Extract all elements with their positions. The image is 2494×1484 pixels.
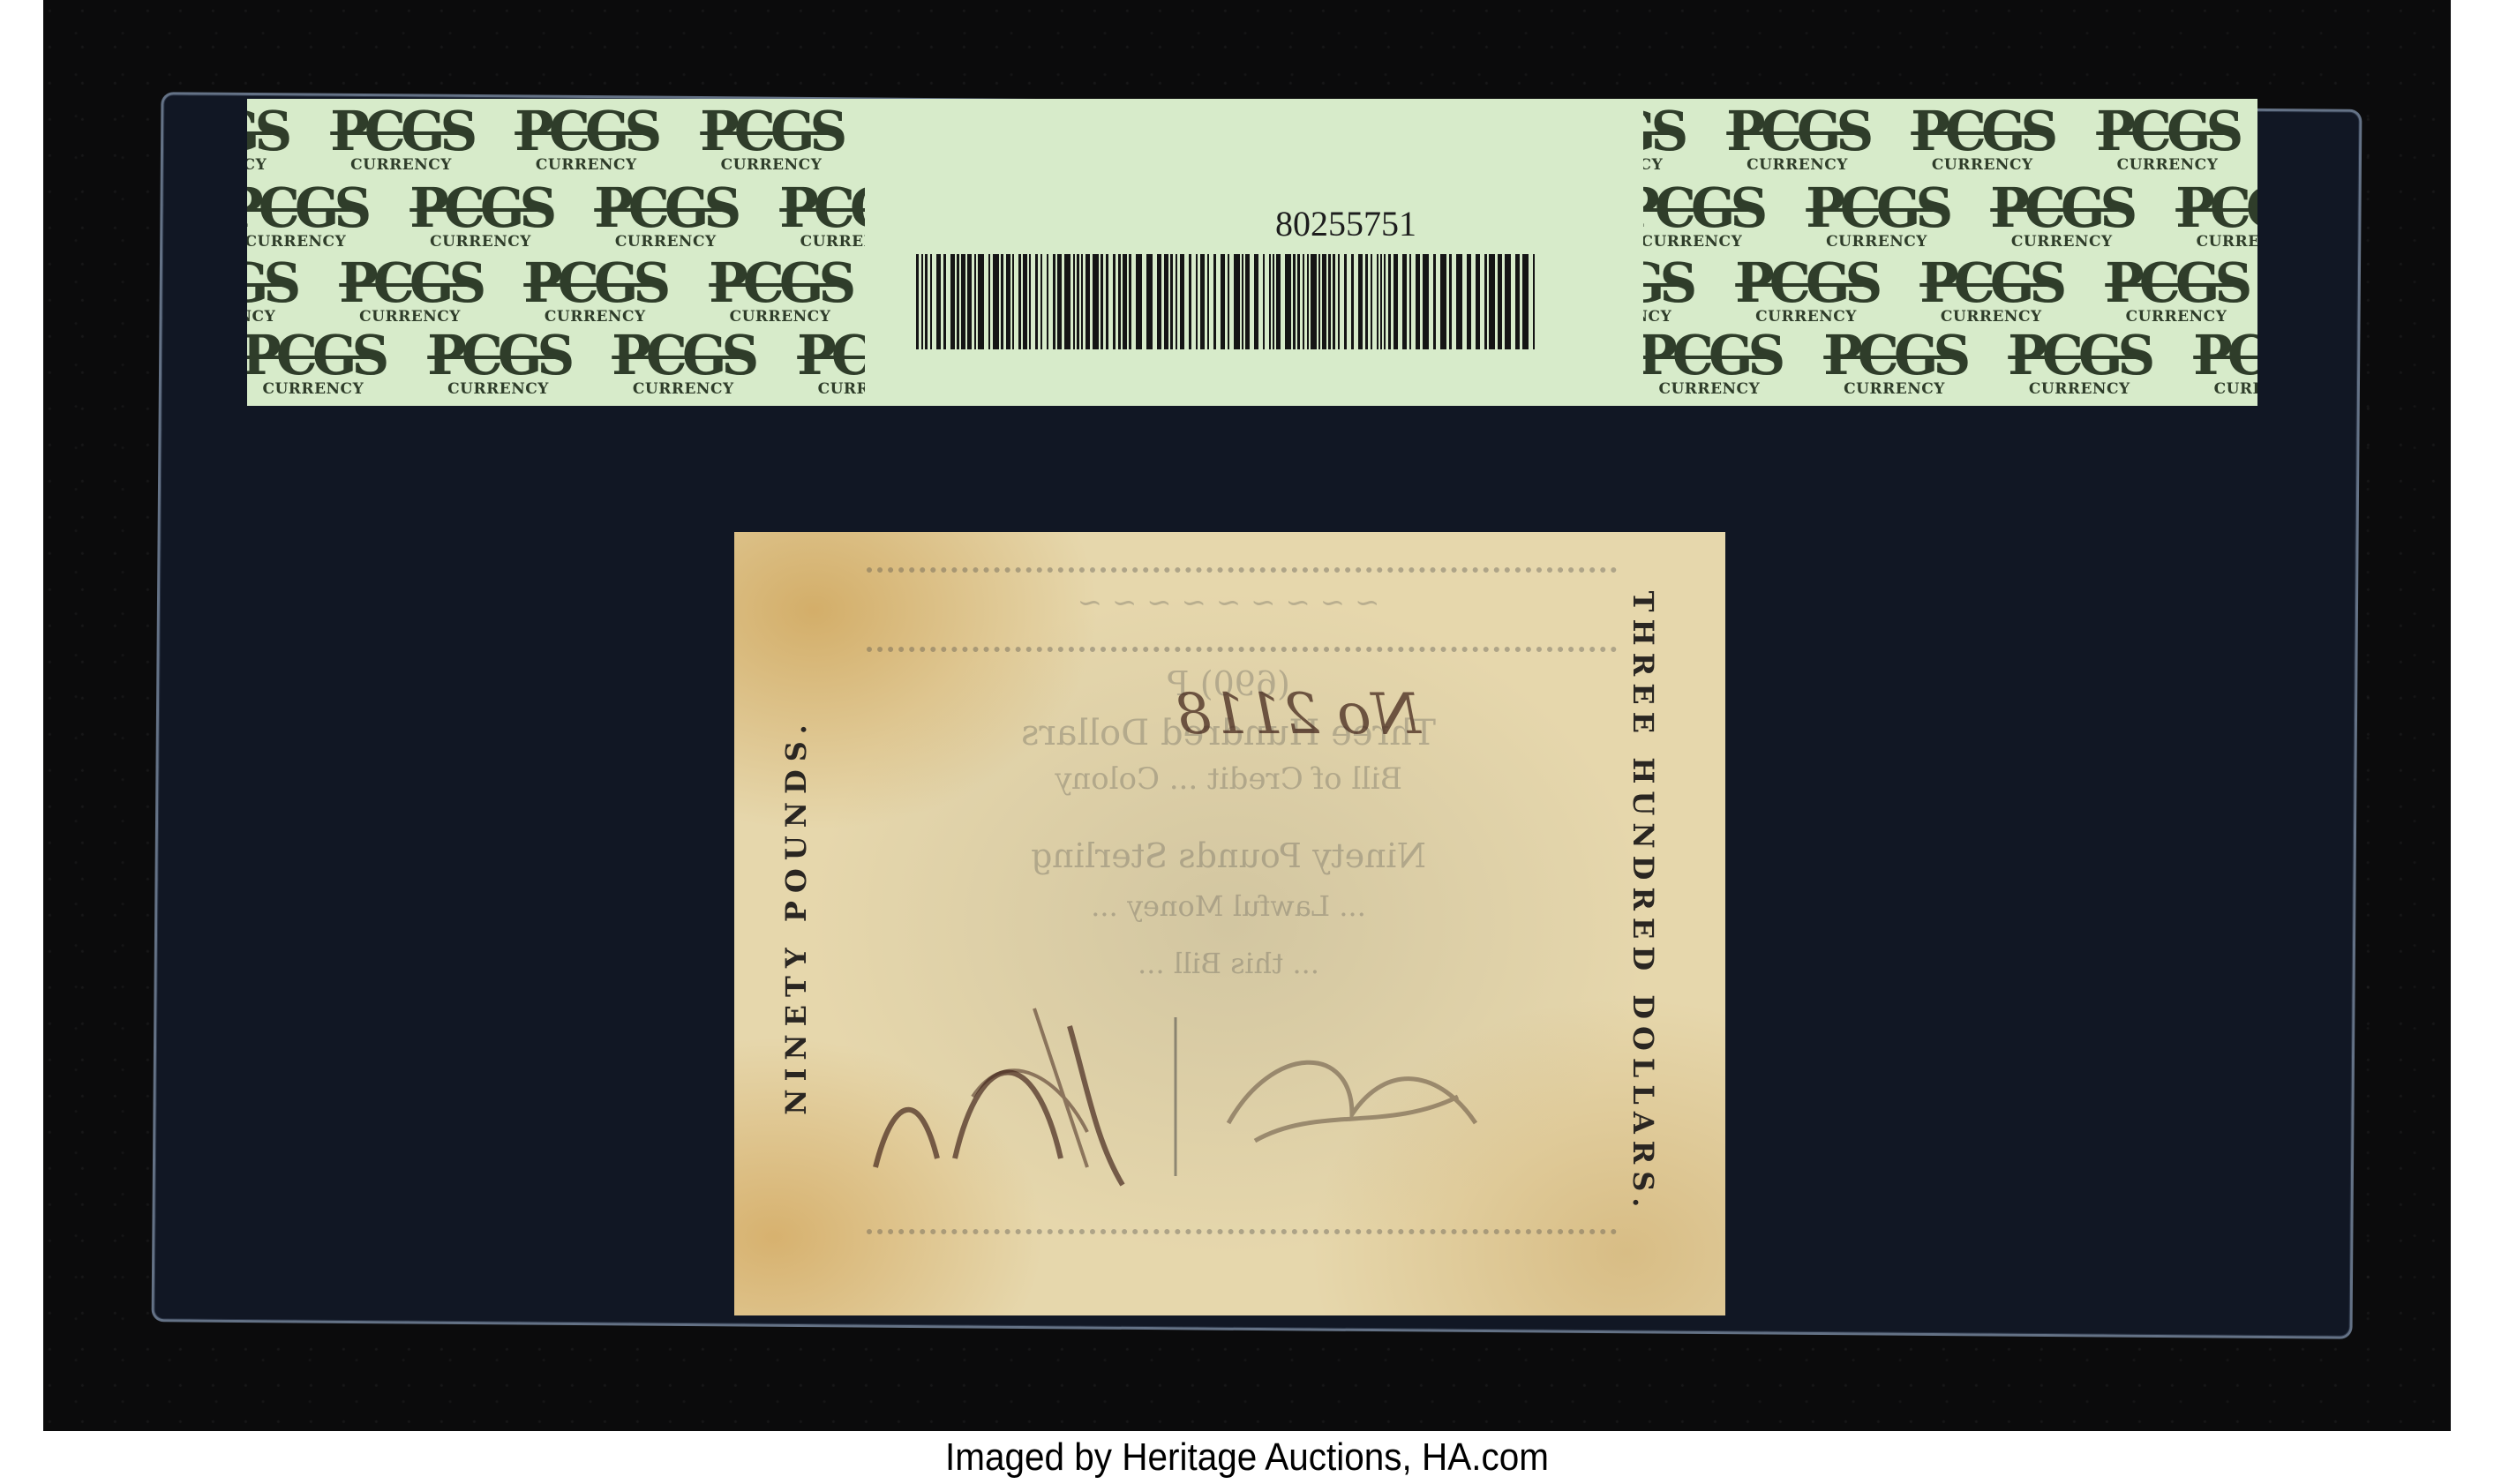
pcgs-logo-icon: PCGSCURRENCY <box>590 183 740 250</box>
bleed-through-line: ... this Bill ... <box>867 947 1590 980</box>
ornament-border-bottom <box>867 1229 1617 1234</box>
pcgs-logo-icon: PCGSCURRENCY <box>1732 258 1882 325</box>
pcgs-logo-icon: PCGSCURRENCY <box>696 106 846 173</box>
pcgs-logo-pattern-right: PCGSCURRENCYPCGSCURRENCYPCGSCURRENCYPCGS… <box>1643 99 2257 406</box>
ornament-border-top <box>867 567 1617 573</box>
pcgs-logo-icon: PCGSCURRENCY <box>1987 183 2137 250</box>
pcgs-logo-icon: PCGSCURRENCY <box>2004 330 2154 397</box>
ornament-row <box>867 647 1617 652</box>
pcgs-logo-icon: PCGSCURRENCY <box>1643 330 1784 397</box>
pcgs-logo-icon: PCGSCURRENCY <box>1820 330 1970 397</box>
pcgs-label: PCGSCURRENCYPCGSCURRENCYPCGSCURRENCYPCGS… <box>247 99 2257 406</box>
pcgs-logo-icon: PCGSCURRENCY <box>1907 106 2057 173</box>
pcgs-logo-icon: PCGSCURRENCY <box>2172 183 2257 250</box>
pcgs-logo-icon: PCGSCURRENCY <box>1643 106 1687 173</box>
pcgs-logo-icon: PCGSCURRENCY <box>2190 330 2257 397</box>
pcgs-logo-icon: PCGSCURRENCY <box>705 258 855 325</box>
bleed-through-line: Ninety Pounds Sterling <box>867 836 1590 875</box>
denomination-pounds-text: NINETY POUNDS. <box>779 716 813 1115</box>
cert-number: 80255751 <box>1169 203 1522 244</box>
pcgs-logo-icon: PCGSCURRENCY <box>424 330 574 397</box>
pcgs-logo-icon: PCGSCURRENCY <box>1916 258 2066 325</box>
barcode-icon <box>916 254 1539 349</box>
denomination-dollars: THREE HUNDRED DOLLARS. <box>1617 567 1670 1238</box>
pcgs-logo-icon: PCGSCURRENCY <box>406 183 556 250</box>
pcgs-logo-icon: PCGSCURRENCY <box>335 258 485 325</box>
denomination-dollars-text: THREE HUNDRED DOLLARS. <box>1626 591 1660 1215</box>
denomination-pounds: NINETY POUNDS. <box>770 664 823 1167</box>
bleed-through-line: ~ ~ ~ ~ ~ ~ ~ ~ ~ <box>867 585 1590 620</box>
pcgs-logo-icon: PCGSCURRENCY <box>247 183 371 250</box>
pcgs-logo-icon: PCGSCURRENCY <box>247 258 300 325</box>
pcgs-logo-pattern-left: PCGSCURRENCYPCGSCURRENCYPCGSCURRENCYPCGS… <box>247 99 865 406</box>
signatures <box>858 991 1529 1194</box>
pcgs-logo-icon: PCGSCURRENCY <box>793 330 865 397</box>
bleed-through-line: Bill of Credit ... Colony <box>867 761 1590 797</box>
pcgs-logo-icon: PCGSCURRENCY <box>2092 106 2242 173</box>
pcgs-logo-icon: PCGSCURRENCY <box>2101 258 2251 325</box>
bleed-through-line: ... Lawful Money ... <box>867 889 1590 923</box>
pcgs-logo-icon: PCGSCURRENCY <box>776 183 865 250</box>
pcgs-logo-icon: PCGSCURRENCY <box>1643 258 1696 325</box>
pcgs-logo-icon: PCGSCURRENCY <box>247 106 291 173</box>
pcgs-logo-icon: PCGSCURRENCY <box>247 330 388 397</box>
pcgs-logo-icon: PCGSCURRENCY <box>1643 183 1767 250</box>
pcgs-logo-icon: PCGSCURRENCY <box>1802 183 1952 250</box>
pcgs-logo-icon: PCGSCURRENCY <box>1723 106 1873 173</box>
image-credit-caption: Imaged by Heritage Auctions, HA.com <box>100 1431 2394 1484</box>
currency-note: ~ ~ ~ ~ ~ ~ ~ ~ ~ (690) P Three Hundred … <box>734 532 1725 1315</box>
pcgs-logo-icon: PCGSCURRENCY <box>511 106 661 173</box>
pcgs-logo-icon: PCGSCURRENCY <box>327 106 477 173</box>
handwritten-serial: No 2118 <box>1176 682 1421 747</box>
pcgs-logo-icon: PCGSCURRENCY <box>520 258 670 325</box>
pcgs-logo-icon: PCGSCURRENCY <box>608 330 758 397</box>
